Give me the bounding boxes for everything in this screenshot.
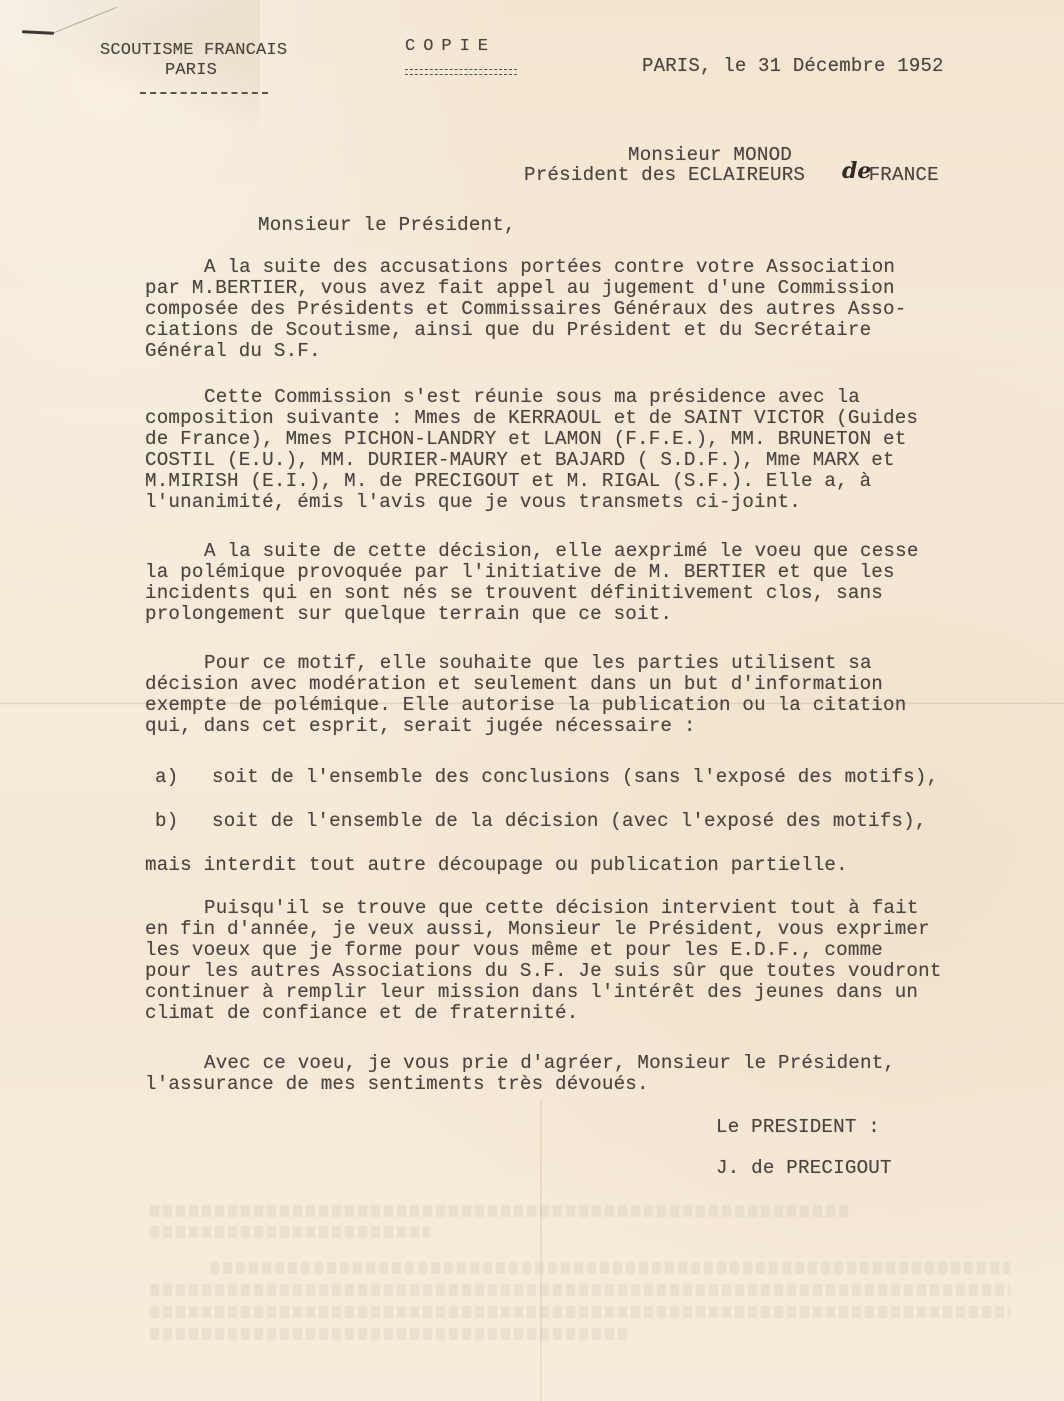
list-item-b-text: soit de l'ensemble de la décision (avec … — [212, 810, 927, 832]
paragraph-6-line: en fin d'année, je veux aussi, Monsieur … — [145, 918, 930, 940]
copy-mark: COPIE — [405, 36, 496, 58]
paragraph-4-line: Pour ce motif, elle souhaite que les par… — [204, 652, 872, 674]
list-item-a-marker: a) — [155, 766, 178, 788]
paragraph-1-line: par M.BERTIER, vous avez fait appel au j… — [145, 277, 895, 299]
paragraph-3-line: A la suite de cette décision, elle aexpr… — [204, 540, 919, 562]
paragraph-6-line: les voeux que je forme pour vous même et… — [145, 939, 883, 961]
bleed-through-text — [210, 1262, 1010, 1274]
bleed-through-text — [150, 1306, 1010, 1318]
addressee-title-start: Président des ECLAIREURS — [524, 164, 817, 186]
bleed-through-text — [150, 1328, 630, 1340]
bleed-through-text — [150, 1284, 1010, 1296]
addressee-name: Monsieur MONOD — [628, 144, 792, 166]
closing-line: l'assurance de mes sentiments très dévou… — [145, 1073, 649, 1095]
closing-line: Avec ce voeu, je vous prie d'agréer, Mon… — [204, 1052, 895, 1074]
signature-name: J. de PRECIGOUT — [716, 1157, 892, 1179]
paragraph-4-line: décision avec modération et seulement da… — [145, 673, 883, 695]
letter-page: SCOUTISME FRANCAIS PARIS COPIE PARIS, le… — [0, 0, 1064, 1401]
paragraph-2-line: l'unanimité, émis l'avis que je vous tra… — [145, 491, 801, 513]
paper-crease — [0, 0, 260, 140]
paragraph-3-line: la polémique provoquée par l'initiative … — [145, 561, 895, 583]
list-item-a-text: soit de l'ensemble des conclusions (sans… — [212, 766, 938, 788]
paragraph-1-line: ciations de Scoutisme, ainsi que du Prés… — [145, 319, 871, 341]
paragraph-5-line: mais interdit tout autre découpage ou pu… — [145, 854, 848, 876]
bleed-through-text — [150, 1226, 430, 1238]
paragraph-1-line: composée des Présidents et Commissaires … — [145, 298, 906, 320]
paragraph-2-line: M.MIRISH (E.I.), M. de PRECIGOUT et M. R… — [145, 470, 871, 492]
paragraph-6-line: climat de confiance et de fraternité. — [145, 1002, 578, 1024]
letterhead-organization: SCOUTISME FRANCAIS — [100, 40, 287, 62]
list-item-b-marker: b) — [155, 810, 178, 832]
letterhead-underline — [140, 92, 268, 94]
paragraph-4-line: qui, dans cet esprit, serait jugée néces… — [145, 715, 696, 737]
signature-title: Le PRESIDENT : — [716, 1116, 880, 1138]
paragraph-1-line: Général du S.F. — [145, 340, 321, 362]
paragraph-6-line: pour les autres Associations du S.F. Je … — [145, 960, 942, 982]
letterhead-city: PARIS — [165, 60, 217, 82]
date-line: PARIS, le 31 Décembre 1952 — [642, 55, 944, 77]
paragraph-2-line: de France), Mmes PICHON-LANDRY et LAMON … — [145, 428, 906, 450]
paragraph-2-line: composition suivante : Mmes de KERRAOUL … — [145, 407, 918, 429]
vertical-fold-line — [540, 1100, 542, 1401]
paragraph-3-line: incidents qui en sont nés se trouvent dé… — [145, 582, 883, 604]
copy-mark-underline — [405, 69, 517, 75]
paragraph-2-line: COSTIL (E.U.), MM. DURIER-MAURY et BAJAR… — [145, 449, 895, 471]
paragraph-2-line: Cette Commission s'est réunie sous ma pr… — [204, 386, 860, 408]
handwritten-correction: de — [842, 158, 871, 184]
paragraph-6-line: Puisqu'il se trouve que cette décision i… — [204, 897, 919, 919]
paragraph-6-line: continuer à remplir leur mission dans l'… — [145, 981, 918, 1003]
paragraph-4-line: exempte de polémique. Elle autorise la p… — [145, 694, 906, 716]
paragraph-3-line: prolongement sur quelque terrain que ce … — [145, 603, 672, 625]
addressee-title: Président des ECLAIREURS FRANCE — [524, 164, 939, 186]
bleed-through-text — [150, 1205, 850, 1217]
paragraph-1-line: A la suite des accusations portées contr… — [204, 256, 895, 278]
salutation: Monsieur le Président, — [258, 214, 516, 236]
